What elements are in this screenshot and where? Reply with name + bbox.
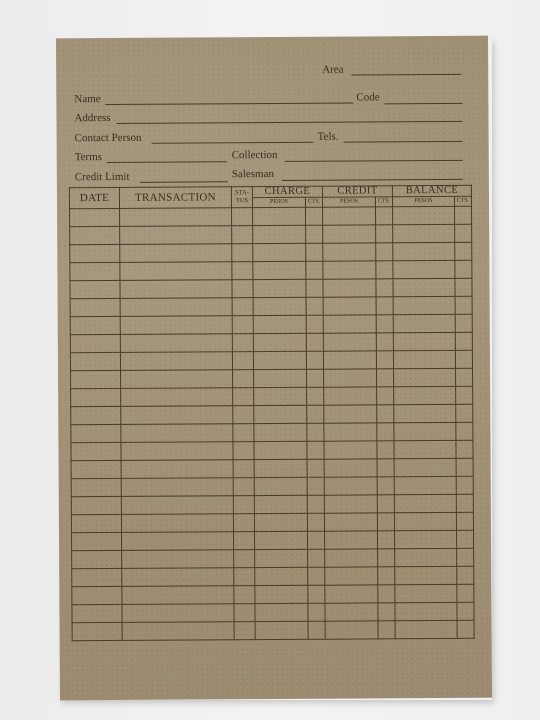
credit-column-header: CREDIT bbox=[322, 186, 392, 197]
balance-cts-cell[interactable] bbox=[456, 512, 473, 530]
credit-pesos-cell[interactable] bbox=[323, 279, 376, 297]
charge-pesos-cell[interactable] bbox=[255, 621, 308, 639]
charge-pesos-cell[interactable] bbox=[255, 567, 308, 585]
credit-pesos-cell[interactable] bbox=[325, 603, 378, 621]
balance-cts-cell[interactable] bbox=[456, 458, 473, 476]
charge-pesos-cell[interactable] bbox=[254, 369, 307, 387]
code-label: Code bbox=[356, 91, 379, 103]
transaction-cell[interactable] bbox=[121, 424, 233, 443]
credit-cts-cell[interactable] bbox=[377, 441, 394, 459]
balance-cts-cell[interactable] bbox=[457, 566, 474, 584]
credit-cts-cell[interactable] bbox=[378, 585, 395, 603]
credit-cts-cell[interactable] bbox=[377, 459, 394, 477]
charge-cts-cell[interactable] bbox=[306, 225, 323, 243]
date-cell[interactable] bbox=[71, 442, 121, 460]
credit-pesos-cell[interactable] bbox=[323, 225, 376, 243]
charge-cts-cell[interactable] bbox=[306, 279, 323, 297]
charge-pesos-cell[interactable] bbox=[253, 261, 306, 279]
ledger-table: DATE TRANSACTION STA- TUS CHARGE CREDIT … bbox=[69, 185, 475, 641]
date-cell[interactable] bbox=[72, 550, 122, 568]
status-cell[interactable] bbox=[233, 532, 254, 550]
credit-pesos-header: PESOS bbox=[322, 197, 375, 207]
date-cell[interactable] bbox=[70, 262, 120, 280]
status-cell[interactable] bbox=[234, 604, 255, 622]
transaction-cell[interactable] bbox=[122, 622, 234, 641]
balance-pesos-cell[interactable] bbox=[393, 296, 455, 314]
balance-column-header: BALANCE bbox=[392, 185, 471, 196]
balance-pesos-cell[interactable] bbox=[394, 512, 456, 530]
transaction-cell[interactable] bbox=[121, 496, 233, 515]
balance-pesos-cell[interactable] bbox=[394, 458, 456, 476]
status-cell[interactable] bbox=[233, 406, 254, 424]
charge-pesos-cell[interactable] bbox=[253, 297, 306, 315]
charge-cts-cell[interactable] bbox=[308, 603, 325, 621]
credit-cts-cell[interactable] bbox=[377, 405, 394, 423]
charge-pesos-cell[interactable] bbox=[253, 279, 306, 297]
status-cell[interactable] bbox=[234, 568, 255, 586]
charge-cts-cell[interactable] bbox=[306, 297, 323, 315]
contact-person-field[interactable] bbox=[152, 142, 314, 144]
balance-cts-cell[interactable] bbox=[455, 278, 472, 296]
balance-cts-cell[interactable] bbox=[455, 224, 472, 242]
transaction-cell[interactable] bbox=[122, 550, 234, 569]
transaction-cell[interactable] bbox=[121, 388, 233, 407]
balance-cts-cell[interactable] bbox=[456, 422, 473, 440]
terms-label: Terms bbox=[75, 151, 102, 163]
credit-cts-cell[interactable] bbox=[376, 351, 393, 369]
charge-cts-cell[interactable] bbox=[308, 585, 325, 603]
credit-cts-cell[interactable] bbox=[378, 603, 395, 621]
credit-cts-cell[interactable] bbox=[376, 297, 393, 315]
credit-limit-label: Credit Limit bbox=[75, 171, 130, 183]
credit-cts-cell[interactable] bbox=[376, 279, 393, 297]
date-cell[interactable] bbox=[71, 460, 121, 478]
credit-cts-cell[interactable] bbox=[377, 423, 394, 441]
date-cell[interactable] bbox=[70, 352, 120, 370]
credit-pesos-cell[interactable] bbox=[323, 207, 376, 225]
balance-pesos-cell[interactable] bbox=[393, 350, 455, 368]
charge-cts-cell[interactable] bbox=[307, 477, 324, 495]
balance-cts-cell[interactable] bbox=[456, 368, 473, 386]
balance-pesos-cell[interactable] bbox=[393, 278, 455, 296]
date-cell[interactable] bbox=[70, 334, 120, 352]
credit-pesos-cell[interactable] bbox=[324, 477, 377, 495]
charge-cts-cell[interactable] bbox=[307, 495, 324, 513]
charge-pesos-cell[interactable] bbox=[255, 585, 308, 603]
status-cell[interactable] bbox=[232, 334, 253, 352]
status-cell[interactable] bbox=[233, 496, 254, 514]
balance-cts-cell[interactable] bbox=[455, 314, 472, 332]
charge-cts-cell[interactable] bbox=[308, 567, 325, 585]
charge-cts-cell[interactable] bbox=[307, 513, 324, 531]
credit-pesos-cell[interactable] bbox=[323, 297, 376, 315]
credit-cts-cell[interactable] bbox=[377, 513, 394, 531]
status-cell[interactable] bbox=[232, 298, 253, 316]
balance-pesos-cell[interactable] bbox=[393, 242, 455, 260]
charge-pesos-cell[interactable] bbox=[254, 459, 307, 477]
credit-pesos-cell[interactable] bbox=[325, 531, 378, 549]
address-field[interactable] bbox=[117, 121, 463, 124]
charge-cts-header: CTS. bbox=[305, 197, 322, 207]
balance-cts-cell[interactable] bbox=[457, 602, 474, 620]
name-field[interactable] bbox=[105, 103, 353, 106]
date-column-header: DATE bbox=[69, 187, 119, 208]
credit-cts-cell[interactable] bbox=[378, 567, 395, 585]
charge-pesos-cell[interactable] bbox=[254, 513, 307, 531]
status-cell[interactable] bbox=[232, 316, 253, 334]
credit-pesos-cell[interactable] bbox=[323, 261, 376, 279]
credit-pesos-cell[interactable] bbox=[324, 441, 377, 459]
credit-pesos-cell[interactable] bbox=[323, 351, 376, 369]
credit-pesos-cell[interactable] bbox=[323, 333, 376, 351]
date-cell[interactable] bbox=[72, 622, 122, 640]
balance-cts-cell[interactable] bbox=[456, 476, 473, 494]
table-row bbox=[72, 620, 474, 640]
balance-cts-cell[interactable] bbox=[455, 296, 472, 314]
balance-pesos-cell[interactable] bbox=[393, 332, 455, 350]
date-cell[interactable] bbox=[71, 514, 121, 532]
status-cell[interactable] bbox=[232, 226, 253, 244]
customer-ledger-card: Area Name Code Address Contact Person Te… bbox=[56, 36, 492, 701]
balance-cts-cell[interactable] bbox=[455, 350, 472, 368]
balance-pesos-cell[interactable] bbox=[394, 422, 456, 440]
balance-pesos-cell[interactable] bbox=[393, 206, 455, 224]
charge-cts-cell[interactable] bbox=[307, 369, 324, 387]
balance-pesos-cell[interactable] bbox=[395, 602, 457, 620]
status-header-top: STA- bbox=[235, 189, 249, 196]
balance-cts-cell[interactable] bbox=[455, 332, 472, 350]
credit-cts-cell[interactable] bbox=[377, 495, 394, 513]
credit-cts-cell[interactable] bbox=[376, 207, 393, 225]
credit-cts-cell[interactable] bbox=[376, 243, 393, 261]
balance-cts-cell[interactable] bbox=[455, 260, 472, 278]
transaction-cell[interactable] bbox=[121, 406, 233, 425]
date-cell[interactable] bbox=[71, 478, 121, 496]
area-label: Area bbox=[322, 64, 343, 76]
collection-field[interactable] bbox=[285, 160, 463, 162]
transaction-cell[interactable] bbox=[122, 604, 234, 623]
status-cell[interactable] bbox=[233, 478, 254, 496]
transaction-cell[interactable] bbox=[120, 280, 232, 299]
transaction-cell[interactable] bbox=[120, 244, 232, 263]
credit-pesos-cell[interactable] bbox=[324, 459, 377, 477]
charge-cts-cell[interactable] bbox=[308, 621, 325, 639]
charge-cts-cell[interactable] bbox=[306, 333, 323, 351]
balance-pesos-cell[interactable] bbox=[395, 584, 457, 602]
date-cell[interactable] bbox=[70, 280, 120, 298]
status-cell[interactable] bbox=[232, 280, 253, 298]
credit-cts-cell[interactable] bbox=[378, 621, 395, 639]
balance-cts-cell[interactable] bbox=[455, 206, 472, 224]
transaction-cell[interactable] bbox=[120, 262, 232, 281]
date-cell[interactable] bbox=[71, 370, 121, 388]
charge-pesos-cell[interactable] bbox=[253, 315, 306, 333]
balance-cts-cell[interactable] bbox=[455, 242, 472, 260]
transaction-cell[interactable] bbox=[120, 208, 232, 227]
credit-cts-cell[interactable] bbox=[376, 261, 393, 279]
balance-pesos-cell[interactable] bbox=[395, 620, 457, 638]
credit-pesos-cell[interactable] bbox=[324, 405, 377, 423]
date-cell[interactable] bbox=[70, 208, 120, 226]
credit-cts-cell[interactable] bbox=[377, 477, 394, 495]
charge-cts-cell[interactable] bbox=[306, 207, 323, 225]
charge-pesos-cell[interactable] bbox=[254, 423, 307, 441]
charge-pesos-header: PESOS bbox=[252, 197, 305, 207]
credit-pesos-cell[interactable] bbox=[323, 315, 376, 333]
charge-pesos-cell[interactable] bbox=[253, 225, 306, 243]
balance-pesos-cell[interactable] bbox=[395, 548, 457, 566]
credit-pesos-cell[interactable] bbox=[324, 513, 377, 531]
tels-label: Tels. bbox=[318, 131, 339, 143]
credit-cts-cell[interactable] bbox=[378, 531, 395, 549]
balance-pesos-cell[interactable] bbox=[393, 260, 455, 278]
credit-pesos-cell[interactable] bbox=[325, 549, 378, 567]
balance-cts-cell[interactable] bbox=[456, 404, 473, 422]
balance-pesos-cell[interactable] bbox=[394, 476, 456, 494]
balance-cts-header: CTS. bbox=[454, 196, 471, 206]
transaction-cell[interactable] bbox=[121, 514, 233, 533]
balance-pesos-cell[interactable] bbox=[394, 494, 456, 512]
date-cell[interactable] bbox=[70, 226, 120, 244]
charge-pesos-cell[interactable] bbox=[253, 243, 306, 261]
date-cell[interactable] bbox=[71, 388, 121, 406]
credit-pesos-cell[interactable] bbox=[324, 423, 377, 441]
credit-pesos-cell[interactable] bbox=[325, 621, 378, 639]
transaction-cell[interactable] bbox=[120, 298, 232, 317]
code-field[interactable] bbox=[384, 103, 462, 104]
charge-cts-cell[interactable] bbox=[307, 387, 324, 405]
balance-pesos-header: PESOS bbox=[392, 196, 454, 206]
charge-cts-cell[interactable] bbox=[306, 315, 323, 333]
date-cell[interactable] bbox=[72, 604, 122, 622]
transaction-cell[interactable] bbox=[121, 460, 233, 479]
transaction-cell[interactable] bbox=[122, 568, 234, 587]
credit-cts-cell[interactable] bbox=[377, 387, 394, 405]
balance-pesos-cell[interactable] bbox=[394, 368, 456, 386]
credit-pesos-cell[interactable] bbox=[325, 567, 378, 585]
credit-pesos-cell[interactable] bbox=[323, 243, 376, 261]
charge-pesos-cell[interactable] bbox=[255, 603, 308, 621]
credit-pesos-cell[interactable] bbox=[324, 387, 377, 405]
contact-person-label: Contact Person bbox=[75, 132, 142, 144]
address-label: Address bbox=[74, 112, 110, 124]
date-cell[interactable] bbox=[70, 244, 120, 262]
status-cell[interactable] bbox=[234, 586, 255, 604]
date-cell[interactable] bbox=[71, 424, 121, 442]
charge-cts-cell[interactable] bbox=[306, 351, 323, 369]
transaction-cell[interactable] bbox=[121, 370, 233, 389]
credit-pesos-cell[interactable] bbox=[324, 495, 377, 513]
charge-cts-cell[interactable] bbox=[307, 405, 324, 423]
date-cell[interactable] bbox=[71, 496, 121, 514]
transaction-cell[interactable] bbox=[120, 352, 232, 371]
status-cell[interactable] bbox=[233, 514, 254, 532]
status-cell[interactable] bbox=[234, 550, 255, 568]
charge-cts-cell[interactable] bbox=[307, 441, 324, 459]
date-cell[interactable] bbox=[72, 568, 122, 586]
status-cell[interactable] bbox=[234, 622, 255, 640]
date-cell[interactable] bbox=[70, 316, 120, 334]
balance-pesos-cell[interactable] bbox=[393, 314, 455, 332]
status-cell[interactable] bbox=[233, 388, 254, 406]
status-cell[interactable] bbox=[233, 370, 254, 388]
balance-pesos-cell[interactable] bbox=[395, 530, 457, 548]
charge-cts-cell[interactable] bbox=[307, 423, 324, 441]
charge-cts-cell[interactable] bbox=[308, 549, 325, 567]
charge-pesos-cell[interactable] bbox=[254, 531, 307, 549]
transaction-cell[interactable] bbox=[120, 334, 232, 353]
tels-field[interactable] bbox=[344, 141, 463, 143]
balance-cts-cell[interactable] bbox=[457, 548, 474, 566]
credit-cts-cell[interactable] bbox=[378, 549, 395, 567]
status-cell[interactable] bbox=[232, 262, 253, 280]
charge-column-header: CHARGE bbox=[252, 186, 322, 197]
transaction-cell[interactable] bbox=[121, 442, 233, 461]
balance-pesos-cell[interactable] bbox=[394, 440, 456, 458]
status-cell[interactable] bbox=[233, 442, 254, 460]
charge-cts-cell[interactable] bbox=[307, 531, 324, 549]
transaction-cell[interactable] bbox=[121, 478, 233, 497]
transaction-cell[interactable] bbox=[122, 586, 234, 605]
charge-cts-cell[interactable] bbox=[307, 459, 324, 477]
balance-cts-cell[interactable] bbox=[457, 584, 474, 602]
credit-cts-cell[interactable] bbox=[376, 225, 393, 243]
area-field[interactable] bbox=[351, 74, 461, 76]
credit-cts-cell[interactable] bbox=[377, 369, 394, 387]
transaction-cell[interactable] bbox=[122, 532, 234, 551]
name-label: Name bbox=[74, 93, 100, 105]
balance-pesos-cell[interactable] bbox=[394, 404, 456, 422]
charge-pesos-cell[interactable] bbox=[254, 387, 307, 405]
charge-pesos-cell[interactable] bbox=[253, 351, 306, 369]
charge-cts-cell[interactable] bbox=[306, 243, 323, 261]
collection-label: Collection bbox=[232, 149, 278, 161]
ledger-body bbox=[70, 206, 475, 640]
charge-pesos-cell[interactable] bbox=[255, 549, 308, 567]
credit-cts-cell[interactable] bbox=[376, 333, 393, 351]
balance-cts-cell[interactable] bbox=[456, 494, 473, 512]
credit-pesos-cell[interactable] bbox=[324, 369, 377, 387]
charge-pesos-cell[interactable] bbox=[254, 495, 307, 513]
balance-cts-cell[interactable] bbox=[457, 530, 474, 548]
transaction-cell[interactable] bbox=[120, 226, 232, 245]
balance-pesos-cell[interactable] bbox=[393, 224, 455, 242]
transaction-cell[interactable] bbox=[120, 316, 232, 335]
date-cell[interactable] bbox=[70, 298, 120, 316]
credit-cts-cell[interactable] bbox=[376, 315, 393, 333]
terms-field[interactable] bbox=[107, 161, 227, 163]
credit-limit-field[interactable] bbox=[140, 181, 228, 183]
salesman-label: Salesman bbox=[232, 168, 274, 180]
transaction-column-header: TRANSACTION bbox=[119, 187, 231, 209]
charge-pesos-cell[interactable] bbox=[253, 333, 306, 351]
charge-pesos-cell[interactable] bbox=[254, 441, 307, 459]
balance-cts-cell[interactable] bbox=[456, 386, 473, 404]
charge-cts-cell[interactable] bbox=[306, 261, 323, 279]
date-cell[interactable] bbox=[71, 406, 121, 424]
date-cell[interactable] bbox=[72, 532, 122, 550]
status-cell[interactable] bbox=[232, 244, 253, 262]
balance-cts-cell[interactable] bbox=[456, 440, 473, 458]
balance-cts-cell[interactable] bbox=[457, 620, 474, 638]
status-column-header: STA- TUS bbox=[231, 187, 252, 208]
status-cell[interactable] bbox=[233, 460, 254, 478]
charge-pesos-cell[interactable] bbox=[254, 405, 307, 423]
charge-pesos-cell[interactable] bbox=[254, 477, 307, 495]
credit-pesos-cell[interactable] bbox=[325, 585, 378, 603]
date-cell[interactable] bbox=[72, 586, 122, 604]
status-cell[interactable] bbox=[232, 208, 253, 226]
balance-pesos-cell[interactable] bbox=[395, 566, 457, 584]
salesman-field[interactable] bbox=[282, 179, 463, 181]
credit-cts-header: CTS. bbox=[375, 197, 392, 207]
status-cell[interactable] bbox=[232, 352, 253, 370]
balance-pesos-cell[interactable] bbox=[394, 386, 456, 404]
status-header-bottom: TUS bbox=[236, 197, 248, 204]
charge-pesos-cell[interactable] bbox=[253, 207, 306, 225]
status-cell[interactable] bbox=[233, 424, 254, 442]
